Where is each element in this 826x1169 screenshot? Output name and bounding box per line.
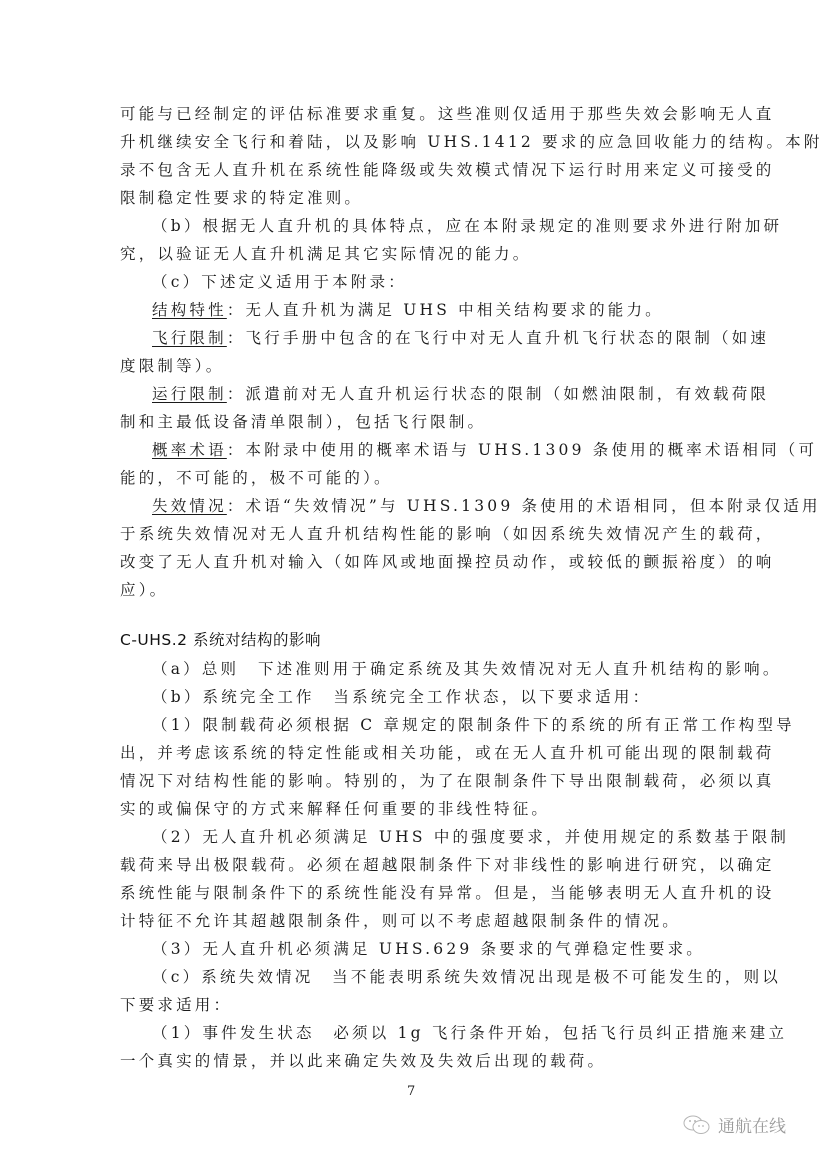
- text-line: 载荷来导出极限载荷。必须在超越限制条件下对非线性的影响进行研究，以确定: [120, 855, 775, 875]
- section-heading: C-UHS.2 系统对结构的影响: [120, 630, 321, 650]
- text-line: 计特征不允许其超越限制条件，则可以不考虑超越限制条件的情况。: [120, 911, 681, 931]
- page-number: 7: [407, 1084, 415, 1099]
- definition-item: 飞行限制：飞行手册中包含的在飞行中对无人直升机飞行状态的限制（如速: [152, 328, 769, 348]
- text-line: （c）系统失效情况 当不能表明系统失效情况出现是极不可能发生的，则以: [152, 967, 781, 987]
- text-line: 情况下对结构性能的影响。特别的，为了在限制条件下导出限制载荷，必须以真: [120, 771, 775, 791]
- definition-term: 概率术语: [152, 441, 227, 459]
- definition-text: ：无人直升机为满足 UHS 中相关结构要求的能力。: [227, 301, 664, 319]
- definition-text: ：派遣前对无人直升机运行状态的限制（如燃油限制，有效载荷限: [227, 385, 769, 403]
- text-line: 能的，不可能的，极不可能的）。: [120, 468, 393, 488]
- text-line: 应）。: [120, 580, 168, 600]
- text-line: 下要求适用：: [120, 995, 232, 1015]
- text-line: （1）事件发生状态 必须以 1g 飞行条件开始，包括飞行员纠正措施来建立: [152, 1023, 787, 1043]
- definition-term: 结构特性: [152, 301, 227, 319]
- text-line: 究，以验证无人直升机满足其它实际情况的能力。: [120, 244, 531, 264]
- text-line: 可能与已经制定的评估标准要求重复。这些准则仅适用于那些失效会影响无人直: [120, 104, 775, 124]
- wechat-icon: [682, 1114, 712, 1136]
- text-line: （3）无人直升机必须满足 UHS.629 条要求的气弹稳定性要求。: [152, 939, 705, 959]
- text-line: （b）根据无人直升机的具体特点，应在本附录规定的准则要求外进行附加研: [152, 216, 782, 236]
- text-line: （1）限制载荷必须根据 C 章规定的限制条件下的系统的所有正常工作构型导: [152, 715, 795, 735]
- text-line: 度限制等）。: [120, 356, 224, 376]
- text-line: （a）总则 下述准则用于确定系统及其失效情况对无人直升机结构的影响。: [152, 659, 782, 679]
- text-line: 出，并考虑该系统的特定性能或相关功能，或在无人直升机可能出现的限制载荷: [120, 743, 775, 763]
- definition-item: 结构特性：无人直升机为满足 UHS 中相关结构要求的能力。: [152, 300, 664, 320]
- text-line: 升机继续安全飞行和着陆，以及影响 UHS.1412 要求的应急回收能力的结构。本…: [120, 132, 823, 152]
- text-line: 系统性能与限制条件下的系统性能没有异常。但是，当能够表明无人直升机的设: [120, 883, 775, 903]
- text-line: 制和主最低设备清单限制），包括飞行限制。: [120, 412, 486, 432]
- text-line: 于系统失效情况对无人直升机结构性能的影响（如因系统失效情况产生的载荷，: [120, 524, 775, 544]
- text-line: 实的或偏保守的方式来解释任何重要的非线性特征。: [120, 799, 550, 819]
- text-line: 限制稳定性要求的特定准则。: [120, 188, 363, 208]
- text-line: 录不包含无人直升机在系统性能降级或失效模式情况下运行时用来定义可接受的: [120, 160, 775, 180]
- definition-term: 运行限制: [152, 385, 227, 403]
- definition-item: 运行限制：派遣前对无人直升机运行状态的限制（如燃油限制，有效载荷限: [152, 384, 769, 404]
- definition-text: ：术语“失效情况”与 UHS.1309 条使用的术语相同，但本附录仅适用: [227, 497, 821, 515]
- definition-item: 概率术语：本附录中使用的概率术语与 UHS.1309 条使用的概率术语相同（可: [152, 440, 817, 460]
- definition-term: 飞行限制: [152, 329, 227, 347]
- text-line: （2）无人直升机必须满足 UHS 中的强度要求，并使用规定的系数基于限制: [152, 827, 789, 847]
- definition-text: ：本附录中使用的概率术语与 UHS.1309 条使用的概率术语相同（可: [227, 441, 817, 459]
- definition-term: 失效情况: [152, 497, 227, 515]
- definition-item: 失效情况：术语“失效情况”与 UHS.1309 条使用的术语相同，但本附录仅适用: [152, 496, 821, 516]
- text-line: （b）系统完全工作 当系统完全工作状态，以下要求适用：: [152, 687, 651, 707]
- watermark-text: 通航在线: [718, 1112, 786, 1137]
- text-line: 一个真实的情景，并以此来确定失效及失效后出现的载荷。: [120, 1051, 606, 1071]
- text-line: 改变了无人直升机对输入（如阵风或地面操控员动作，或较低的颤振裕度）的响: [120, 552, 775, 572]
- watermark: 通航在线: [682, 1112, 786, 1137]
- definition-text: ：飞行手册中包含的在飞行中对无人直升机飞行状态的限制（如速: [227, 329, 769, 347]
- text-line: （c）下述定义适用于本附录：: [152, 272, 407, 292]
